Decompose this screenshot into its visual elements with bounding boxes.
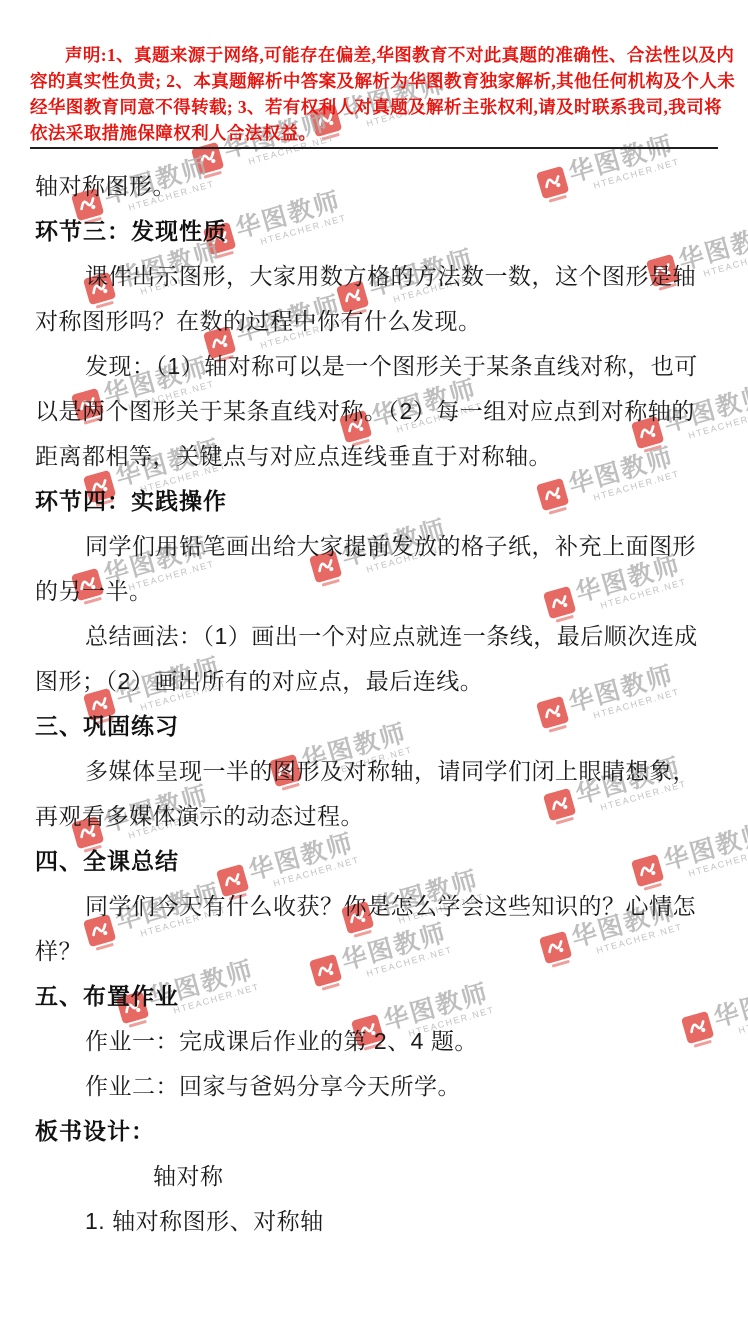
lesson-plan-text: 轴对称图形。 环节三：发现性质 课件出示图形，大家用数方格的方法数一数，这个图形…: [35, 162, 713, 1242]
text-line: 作业一：完成课后作业的第 2、4 题。: [35, 1017, 713, 1062]
disclaimer-line: 依法采取措施保障权利人合法权益。: [30, 120, 720, 146]
section-heading: 四、全课总结: [35, 837, 713, 882]
text-line: 距离都相等，关键点与对应点连线垂直于对称轴。: [35, 432, 713, 477]
text-line: 1. 轴对称图形、对称轴: [35, 1197, 713, 1242]
watermark-domain-text: HTEACHER.NET: [738, 1002, 748, 1035]
text-line: 轴对称图形。: [35, 162, 713, 207]
section-heading: 环节四：实践操作: [35, 477, 713, 522]
horizontal-divider: [30, 147, 718, 149]
section-heading: 环节三：发现性质: [35, 207, 713, 252]
section-heading: 板书设计：: [35, 1107, 713, 1152]
text-line: 课件出示图形，大家用数方格的方法数一数，这个图形是轴: [35, 252, 713, 297]
text-line: 以是两个图形关于某条直线对称。（2）每一组对应点到对称轴的: [35, 387, 713, 432]
text-line: 发现：（1）轴对称可以是一个图形关于某条直线对称，也可: [35, 342, 713, 387]
text-line: 的另一半。: [35, 567, 713, 612]
text-line: 图形；（2）画出所有的对应点，最后连线。: [35, 657, 713, 702]
text-line: 作业二：回家与爸妈分享今天所学。: [35, 1062, 713, 1107]
text-line: 同学们今天有什么收获？你是怎么学会这些知识的？心情怎: [35, 882, 713, 927]
text-line: 对称图形吗？在数的过程中你有什么发现。: [35, 297, 713, 342]
document-page: 华图教师HTEACHER.NET华图教师HTEACHER.NET华图教师HTEA…: [0, 0, 748, 1335]
section-heading: 五、布置作业: [35, 972, 713, 1017]
disclaimer-line: 容的真实性负责; 2、本真题解析中答案及解析为华图教育独家解析,其他任何机构及个…: [30, 68, 720, 94]
disclaimer-line: 经华图教育同意不得转载; 3、若有权利人对真题及解析主张权利,请及时联系我司,我…: [30, 94, 720, 120]
text-line: 再观看多媒体演示的动态过程。: [35, 792, 713, 837]
text-line: 多媒体呈现一半的图形及对称轴，请同学们闭上眼睛想象，: [35, 747, 713, 792]
text-line: 样？: [35, 927, 713, 972]
text-line: 总结画法：（1）画出一个对应点就连一条线，最后顺次连成: [35, 612, 713, 657]
watermark-brand-text: 华图教师: [711, 977, 748, 1031]
text-line: 同学们用铅笔画出给大家提前发放的格子纸，补充上面图形: [35, 522, 713, 567]
text-line: 轴对称: [35, 1152, 713, 1197]
disclaimer-line: 声明:1、真题来源于网络,可能存在偏差,华图教育不对此真题的准确性、合法性以及内: [30, 42, 720, 68]
disclaimer-label: 声明:: [65, 45, 107, 65]
disclaimer: 声明:1、真题来源于网络,可能存在偏差,华图教育不对此真题的准确性、合法性以及内…: [30, 42, 720, 146]
section-heading: 三、巩固练习: [35, 702, 713, 747]
